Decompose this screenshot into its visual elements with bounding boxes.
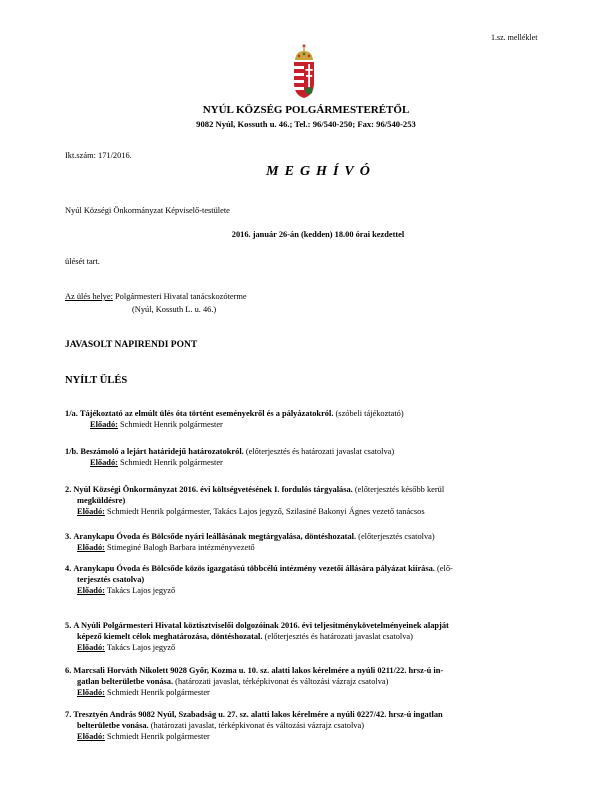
agenda-item-title: Tresztyén András 9082 Nyúl, Szabadság u.… xyxy=(73,710,442,719)
holds-meeting-text: ülését tart. xyxy=(65,257,100,266)
agenda-item-title: A Nyúli Polgármesteri Hivatal köztisztvi… xyxy=(73,621,448,630)
place-label: Az ülés helye: xyxy=(65,292,113,301)
agenda-item-note-cont: megküldésre) xyxy=(77,496,125,505)
place-address: (Nyúl, Kossuth L. u. 46.) xyxy=(132,305,216,314)
agenda-item-presenter: Előadó: Schmiedt Henrik polgármester xyxy=(65,687,555,698)
presenter-label: Előadó: xyxy=(77,586,105,595)
meeting-place: Az ülés helye: Polgármesteri Hivatal tan… xyxy=(65,292,247,301)
agenda-item-continuation: megküldésre) xyxy=(65,495,555,506)
agenda-item-note-cont: (határozati javaslat, térképkivonat és v… xyxy=(149,721,364,730)
agenda-item-presenter: Előadó: Takács Lajos jegyző xyxy=(65,642,555,653)
presenter-label: Előadó: xyxy=(77,543,105,552)
presenter-label: Előadó: xyxy=(77,732,105,741)
hungarian-coat-of-arms-icon xyxy=(292,43,316,105)
agenda-item: 5. A Nyúli Polgármesteri Hivatal köztisz… xyxy=(65,620,555,653)
office-address: 9082 Nyúl, Kossuth u. 46.; Tel.: 96/540-… xyxy=(0,119,612,129)
agenda-item-note: (elő- xyxy=(435,564,453,573)
agenda-item-number: 1/b. xyxy=(65,447,78,456)
agenda-item-presenter: Előadó: Schmiedt Henrik polgármester, Ta… xyxy=(65,506,555,517)
agenda-item: 2. Nyúl Községi Önkormányzat 2016. évi k… xyxy=(65,484,555,517)
open-session-heading: NYÍLT ÜLÉS xyxy=(65,375,127,386)
agenda-item-continuation: gatlan belterületbe vonása. (határozati … xyxy=(65,676,555,687)
agenda-item-number: 3. xyxy=(65,532,71,541)
agenda-item-presenter: Előadó: Schmiedt Henrik polgármester xyxy=(65,731,555,742)
agenda-item-presenter: Előadó: Stimeginé Balogh Barbara intézmé… xyxy=(65,542,555,553)
agenda-item-note-cont: (előterjesztés és határozati javaslat cs… xyxy=(262,632,412,641)
agenda-item-line: 2. Nyúl Községi Önkormányzat 2016. évi k… xyxy=(65,484,555,495)
presenter-name: Stimeginé Balogh Barbara intézményvezető xyxy=(105,543,255,552)
meeting-date: 2016. január 26-án (kedden) 18.00 órai k… xyxy=(0,230,612,239)
agenda-item: 7. Tresztyén András 9082 Nyúl, Szabadság… xyxy=(65,709,555,742)
agenda-item-number: 6. xyxy=(65,666,71,675)
presenter-name: Takács Lajos jegyző xyxy=(105,643,175,652)
place-value: Polgármesteri Hivatal tanácskozóterme xyxy=(113,292,247,301)
presenter-label: Előadó: xyxy=(77,643,105,652)
agenda-item-title: Aranykapu Óvoda és Bölcsőde közös igazga… xyxy=(73,564,435,573)
agenda-item-continuation: képező kiemelt célok meghatározása, dönt… xyxy=(65,631,555,642)
agenda-item-title: Marcsali Horváth Nikolett 9028 Győr, Koz… xyxy=(73,666,443,675)
agenda-item-note: (előterjesztés később kerül xyxy=(353,485,444,494)
agenda-item-title-cont: belterületbe vonása. xyxy=(77,721,149,730)
document-title: MEGHÍVÓ xyxy=(0,164,612,180)
agenda-item-note: (előterjesztés és határozati javaslat cs… xyxy=(244,447,394,456)
agenda-item-presenter: Előadó: Takács Lajos jegyző xyxy=(65,585,555,596)
agenda-item-note: (előterjesztés csatolva) xyxy=(356,532,435,541)
agenda-item: 4. Aranykapu Óvoda és Bölcsőde közös iga… xyxy=(65,563,555,596)
agenda-item-title: Aranykapu Óvoda és Bölcsőde nyári leállá… xyxy=(73,532,356,541)
agenda-item-continuation: terjesztés csatolva) xyxy=(65,574,555,585)
presenter-name: Schmiedt Henrik polgármester xyxy=(105,732,210,741)
agenda-item-title-cont: képező kiemelt célok meghatározása, dönt… xyxy=(77,632,262,641)
presenter-name: Schmiedt Henrik polgármester xyxy=(118,458,223,467)
agenda-item-line: 1/a. Tájékoztató az elmúlt ülés óta tört… xyxy=(65,408,555,419)
agenda-item-line: 5. A Nyúli Polgármesteri Hivatal köztisz… xyxy=(65,620,555,631)
presenter-name: Schmiedt Henrik polgármester, Takács Laj… xyxy=(105,507,425,516)
agenda-item-line: 3. Aranykapu Óvoda és Bölcsőde nyári leá… xyxy=(65,531,555,542)
agenda-item-line: 4. Aranykapu Óvoda és Bölcsőde közös iga… xyxy=(65,563,555,574)
presenter-name: Schmiedt Henrik polgármester xyxy=(105,688,210,697)
agenda-item-title-cont: gatlan belterületbe vonása. xyxy=(77,677,173,686)
agenda-item: 1/a. Tájékoztató az elmúlt ülés óta tört… xyxy=(65,408,555,430)
presenter-label: Előadó: xyxy=(77,688,105,697)
agenda-item-title: Beszámoló a lejárt határidejű határozato… xyxy=(80,447,243,456)
agenda-item-number: 2. xyxy=(65,485,71,494)
agenda-heading: JAVASOLT NAPIRENDI PONT xyxy=(65,340,197,350)
agenda-item-title: Nyúl Községi Önkormányzat 2016. évi költ… xyxy=(73,485,352,494)
agenda-item-title: Tájékoztató az elmúlt ülés óta történt e… xyxy=(80,409,334,418)
agenda-item-line: 1/b. Beszámoló a lejárt határidejű határ… xyxy=(65,446,555,457)
annex-label: 1.sz. melléklet xyxy=(491,33,537,42)
presenter-label: Előadó: xyxy=(90,458,118,467)
agenda-item-note-cont: (határozati javaslat, térképkivonat és v… xyxy=(173,677,388,686)
agenda-item: 3. Aranykapu Óvoda és Bölcsőde nyári leá… xyxy=(65,531,555,553)
reference-number: Ikt.szám: 171/2016. xyxy=(65,151,132,160)
agenda-item-line: 6. Marcsali Horváth Nikolett 9028 Győr, … xyxy=(65,665,555,676)
council-name: Nyúl Községi Önkormányzat Képviselő-test… xyxy=(65,206,230,215)
agenda-item: 1/b. Beszámoló a lejárt határidejű határ… xyxy=(65,446,555,468)
agenda-item-number: 4. xyxy=(65,564,71,573)
agenda-item-presenter: Előadó: Schmiedt Henrik polgármester xyxy=(65,419,555,430)
agenda-item-note-cont: terjesztés csatolva) xyxy=(77,575,144,584)
presenter-name: Schmiedt Henrik polgármester xyxy=(118,420,223,429)
agenda-item-line: 7. Tresztyén András 9082 Nyúl, Szabadság… xyxy=(65,709,555,720)
presenter-name: Takács Lajos jegyző xyxy=(105,586,175,595)
presenter-label: Előadó: xyxy=(90,420,118,429)
agenda-item-continuation: belterületbe vonása. (határozati javasla… xyxy=(65,720,555,731)
agenda-item-presenter: Előadó: Schmiedt Henrik polgármester xyxy=(65,457,555,468)
agenda-item-number: 7. xyxy=(65,710,71,719)
agenda-item-number: 1/a. xyxy=(65,409,78,418)
agenda-item-number: 5. xyxy=(65,621,71,630)
office-heading: NYÚL KÖZSÉG POLGÁRMESTERÉTŐL xyxy=(0,104,612,116)
agenda-item: 6. Marcsali Horváth Nikolett 9028 Győr, … xyxy=(65,665,555,698)
presenter-label: Előadó: xyxy=(77,507,105,516)
agenda-item-note: (szóbeli tájékoztató) xyxy=(333,409,403,418)
